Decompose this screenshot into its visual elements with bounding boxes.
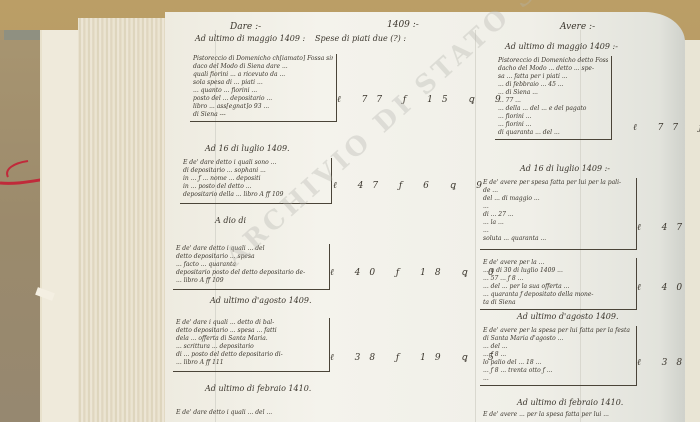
entry-line: ... di febbraio ... 45 ... bbox=[498, 81, 608, 89]
entry-line: di ... posto del detto depositario di- bbox=[176, 351, 326, 359]
entry-line: ... ƒ 8 ... trenta otto ƒ ... bbox=[483, 367, 633, 375]
right-column-header: Avere :- bbox=[560, 22, 595, 32]
entry-line: ... bbox=[483, 375, 633, 383]
entry-line: ... della ... del ... e del pagato bbox=[498, 105, 608, 113]
entry-line: lo palio del ... 18 ... bbox=[483, 359, 633, 367]
entry-line: E de' dare detto i quali ... del ... bbox=[176, 409, 326, 417]
entry-line: ... 77 ... bbox=[498, 97, 608, 105]
entry-line: E de' avere per la ... bbox=[483, 259, 633, 267]
entry-line: E de' dare i quali ... detto di bal- bbox=[176, 319, 326, 327]
right-subheader: Ad ultimo di maggio 1409 :- bbox=[505, 42, 618, 51]
ledger-entry: Pistoreccio di Domenicho detto Fossa sin… bbox=[495, 56, 612, 140]
entry-line: ... scrittura ... depositario bbox=[176, 343, 326, 351]
entry-line: ... libro A ff 109 bbox=[176, 277, 326, 285]
entry-line: depositario posto del detto depositario … bbox=[176, 269, 326, 277]
left-subheader: Ad ultimo di maggio 1409 : bbox=[195, 34, 305, 43]
ledger-entry: E de' dare i quali ... detto di bal- det… bbox=[173, 318, 330, 372]
entry-line: ... la ... bbox=[483, 219, 633, 227]
entry-amount: ℓ 38 ƒ 19 ꝗ 5 bbox=[330, 352, 503, 363]
year-header: 1409 :- bbox=[387, 20, 419, 30]
entry-line: ... fiorini ... bbox=[498, 121, 608, 129]
entry-date: A dio di bbox=[215, 216, 246, 225]
entry-line: Pistoreccio di Domenicho detto Fossa sin… bbox=[498, 57, 608, 65]
entry-line: quali fiorini ... a ricevuto da ... bbox=[193, 71, 333, 79]
entry-line: E de' dare detto i quali sono ... bbox=[183, 159, 328, 167]
entry-line: di Santa Maria d'agosto ... bbox=[483, 335, 633, 343]
entry-line: dacho del Modo ... detto ... spe- bbox=[498, 65, 608, 73]
entry-line: ... fiorini ... bbox=[498, 113, 608, 121]
entry-line: E de' avere per la spesa per lui fatta p… bbox=[483, 327, 633, 335]
entry-line: ... 57 ... ƒ 8 ... bbox=[483, 275, 633, 283]
entry-date: Ad ultimo d'agosto 1409. bbox=[210, 296, 311, 305]
entry-line: sola spesa di ... piati ... bbox=[193, 79, 333, 87]
entry-date: Ad ultimo d'agosto 1409. bbox=[517, 312, 618, 321]
section-title: Spese di piati due (?) : bbox=[315, 34, 406, 43]
entry-line: posto del ... depositario ... bbox=[193, 95, 333, 103]
ledger-entry: E de' avere per la ... ... a di 30 di lu… bbox=[480, 258, 637, 310]
entry-line: ... quanto ... fiorini ... bbox=[193, 87, 333, 95]
entry-line: di quaranta ... del ... bbox=[498, 129, 608, 137]
entry-line: ... a di 30 di luglio 1409 ... bbox=[483, 267, 633, 275]
entry-line: ... bbox=[483, 227, 633, 235]
entry-line: soluta ... quaranta ... bbox=[483, 235, 633, 243]
book-cover-edge bbox=[40, 30, 82, 422]
entry-line: del ... di maggio ... bbox=[483, 195, 633, 203]
ledger-entry: E de' dare detto i quali ... del ... bbox=[173, 408, 329, 419]
ledger-entry: Pistoreccio di Domenicho ch[iamato] Foss… bbox=[190, 54, 337, 122]
entry-amount: ℓ 77 ƒ 15 bbox=[633, 122, 700, 133]
entry-line: di Siena --- bbox=[193, 111, 333, 119]
column-rule bbox=[475, 30, 476, 422]
ledger-entry: E de' avere ... per la spesa fatta per l… bbox=[480, 410, 646, 421]
page-stack bbox=[78, 18, 170, 422]
left-column-header: Dare :- bbox=[230, 22, 261, 32]
entry-line: ... ƒ 8 ... bbox=[483, 351, 633, 359]
entry-line: ... del ... per la sua offerta ... bbox=[483, 283, 633, 291]
entry-line: dela ... offerta di Santa Maria. bbox=[176, 335, 326, 343]
entry-line: E de' avere per spesa fatta per lui per … bbox=[483, 179, 633, 187]
ledger-entry: E de' avere per spesa fatta per lui per … bbox=[480, 178, 637, 250]
entry-line: ta di Siena bbox=[483, 299, 633, 307]
entry-line: detto depositario ... spesa ... fatti bbox=[176, 327, 326, 335]
entry-line: di ... 27 ... bbox=[483, 211, 633, 219]
entry-amount: ℓ 40 ƒ 18 ꝗ 0 bbox=[330, 267, 503, 278]
entry-date: Ad ultimo di febraio 1410. bbox=[517, 398, 623, 407]
entry-line: de ... bbox=[483, 187, 633, 195]
entry-line: ... di Siena ... bbox=[498, 89, 608, 97]
entry-date: Ad 16 di luglio 1409 :- bbox=[520, 164, 610, 173]
entry-line: Pistoreccio di Domenicho ch[iamato] Foss… bbox=[193, 55, 333, 63]
ledger-entry: E de' avere per la spesa per lui fatta p… bbox=[480, 326, 637, 386]
entry-line: sa ... fatta per i piati ... bbox=[498, 73, 608, 81]
entry-line: ... quaranta ƒ depositato della mone- bbox=[483, 291, 633, 299]
entry-amount: ℓ 40 ƒ 18 bbox=[637, 282, 700, 293]
entry-line: libro ... ass[egnat]o 93 ... bbox=[193, 103, 333, 111]
entry-date: Ad 16 di luglio 1409. bbox=[205, 144, 290, 153]
entry-line: E de' avere ... per la spesa fatta per l… bbox=[483, 411, 643, 419]
entry-line: ... del ... bbox=[483, 343, 633, 351]
entry-amount: ℓ 47 ƒ 6 ꝗ 9 bbox=[333, 180, 491, 191]
entry-line: daco del Modo di Siena dare ... bbox=[193, 63, 333, 71]
entry-line: ... libro A ff 111 bbox=[176, 359, 326, 367]
entry-line: ... bbox=[483, 203, 633, 211]
entry-amount: ℓ 47 ƒ 6 bbox=[637, 222, 700, 233]
entry-amount: ℓ 38 ƒ 19 bbox=[637, 357, 700, 368]
entry-date: Ad ultimo di febraio 1410. bbox=[205, 384, 311, 393]
